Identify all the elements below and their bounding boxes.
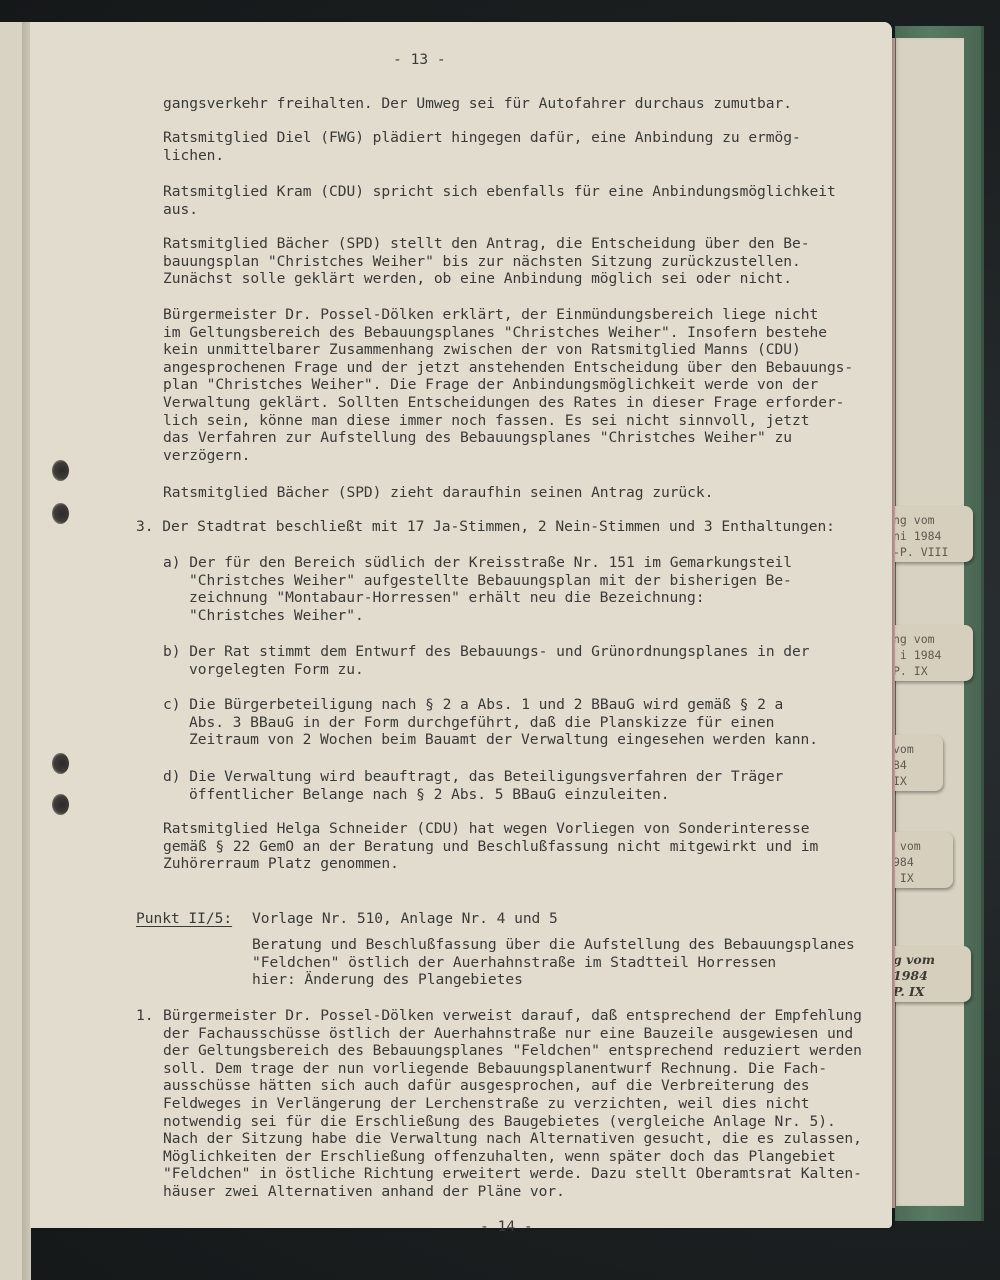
underlying-pages — [896, 38, 964, 1206]
paragraph-5: Bürgermeister Dr. Possel-Dölken erklärt,… — [163, 306, 853, 464]
resolution-item-b: b) Der Rat stimmt dem Entwurf des Bebauu… — [163, 643, 810, 678]
paragraph-2: Ratsmitglied Diel (FWG) plädiert hingege… — [163, 129, 801, 164]
point-1-number: 1. — [136, 1007, 153, 1025]
punch-hole — [52, 503, 69, 524]
agenda-item-title: Vorlage Nr. 510, Anlage Nr. 4 und 5 — [252, 910, 558, 928]
agenda-item-label: Punkt II/5: — [136, 910, 232, 928]
index-tab-2[interactable]: ng vom i 1984P. IX — [893, 625, 973, 681]
page-number-header: - 13 - — [393, 51, 446, 68]
point-1-text: Bürgermeister Dr. Possel-Dölken verweist… — [163, 1007, 862, 1201]
page-number-footer: - 14 - — [480, 1218, 533, 1235]
paragraph-3: Ratsmitglied Kram (CDU) spricht sich ebe… — [163, 183, 836, 218]
index-tab-3[interactable]: vom84IX — [893, 735, 943, 791]
punch-hole — [52, 794, 69, 815]
resolution-item-c: c) Die Bürgerbeteiligung nach § 2 a Abs.… — [163, 696, 818, 749]
resolution-intro: 3. Der Stadtrat beschließt mit 17 Ja-Sti… — [136, 518, 835, 536]
resolution-item-d: d) Die Verwaltung wird beauftragt, das B… — [163, 768, 783, 803]
agenda-item-description: Beratung und Beschlußfassung über die Au… — [252, 936, 855, 989]
punch-hole — [52, 753, 69, 774]
resolution-item-a: a) Der für den Bereich südlich der Kreis… — [163, 554, 792, 624]
paragraph-4: Ratsmitglied Bächer (SPD) stellt den Ant… — [163, 235, 809, 288]
paragraph-1: gangsverkehr freihalten. Der Umweg sei f… — [163, 95, 792, 113]
index-tab-1[interactable]: ng vomni 1984-P. VIII — [893, 506, 973, 562]
abstention-note: Ratsmitglied Helga Schneider (CDU) hat w… — [163, 820, 818, 873]
paragraph-6: Ratsmitglied Bächer (SPD) zieht daraufhi… — [163, 484, 713, 502]
punch-hole — [52, 460, 69, 481]
index-tab-5[interactable]: g vom1984P. IX — [893, 946, 971, 1002]
index-tab-4[interactable]: vom984 IX — [893, 832, 953, 888]
